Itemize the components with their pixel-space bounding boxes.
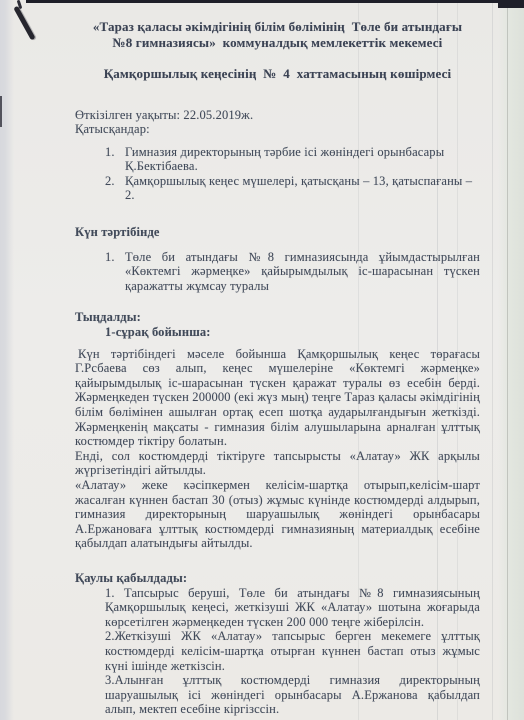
participant-item: 2. Қамқоршылық кеңес мүшелері, қатысқаны… [105, 174, 480, 203]
participants-list: 1. Гимназия директорының тәрбие ісі жөні… [75, 145, 480, 203]
left-edge-mark [0, 96, 2, 127]
document-content: «Тараз қаласы әкімдігінің білім бөліміні… [75, 0, 480, 717]
resolution-heading: Қаулы қабылдады: [75, 571, 480, 586]
protocol-title: Қамқоршылық кеңесінің № 4 хаттамасының к… [75, 66, 480, 82]
report-paragraph: Күн тәртібіндегі мәселе бойынша Қамқоршы… [75, 347, 480, 449]
held-date-line: Өткізілген уақыты: 22.05.2019ж. [75, 108, 480, 123]
agenda-item-text: Төле би атындағы №8 гимназиясында ұйымда… [125, 250, 480, 294]
heard-heading: Тыңдалды: [75, 310, 480, 325]
resolution-item: 1. Тапсырыс беруші, Төле би атындағы №8 … [105, 586, 480, 630]
participants-label: Қатысқандар: [75, 122, 480, 137]
agenda-item: 1. Төле би атындағы №8 гимназиясында ұйы… [105, 250, 480, 294]
question-heading: 1-сұрақ бойынша: [105, 325, 480, 340]
list-number: 1. [105, 250, 125, 294]
list-number: 2. [105, 174, 125, 203]
participant-text: Гимназия директорының тәрбие ісі жөнінде… [125, 145, 480, 174]
participant-item: 1. Гимназия директорының тәрбие ісі жөні… [105, 145, 480, 174]
resolution-item: 3.Алынған ұлттық костюмдерді гимназия ди… [105, 673, 480, 717]
paper-fold-line [492, 0, 493, 720]
resolution-item: 2.Жеткізуші ЖК «Алатау» тапсырыс берген … [105, 629, 480, 673]
paper-right-edge [507, 0, 508, 720]
scanned-protocol-document: «Тараз қаласы әкімдігінің білім бөліміні… [0, 0, 524, 720]
agenda-heading: Күн тәртібінде [75, 225, 480, 240]
list-number: 1. [105, 145, 125, 174]
organization-name-line2: №8 гимназиясы» коммуналдық мемлекеттік м… [75, 35, 480, 51]
report-paragraph: «Алатау» жеке кәсіпкермен келісім-шартқа… [75, 478, 480, 551]
scanner-edge-top-right [498, 0, 524, 8]
pen-stroke-mark [13, 6, 35, 41]
organization-name-line1: «Тараз қаласы әкімдігінің білім бөліміні… [75, 19, 480, 35]
participant-text: Қамқоршылық кеңес мүшелері, қатысқаны – … [125, 174, 480, 203]
report-paragraph: Енді, сол костюмдерді тіктіруге тапсырыс… [75, 449, 480, 478]
